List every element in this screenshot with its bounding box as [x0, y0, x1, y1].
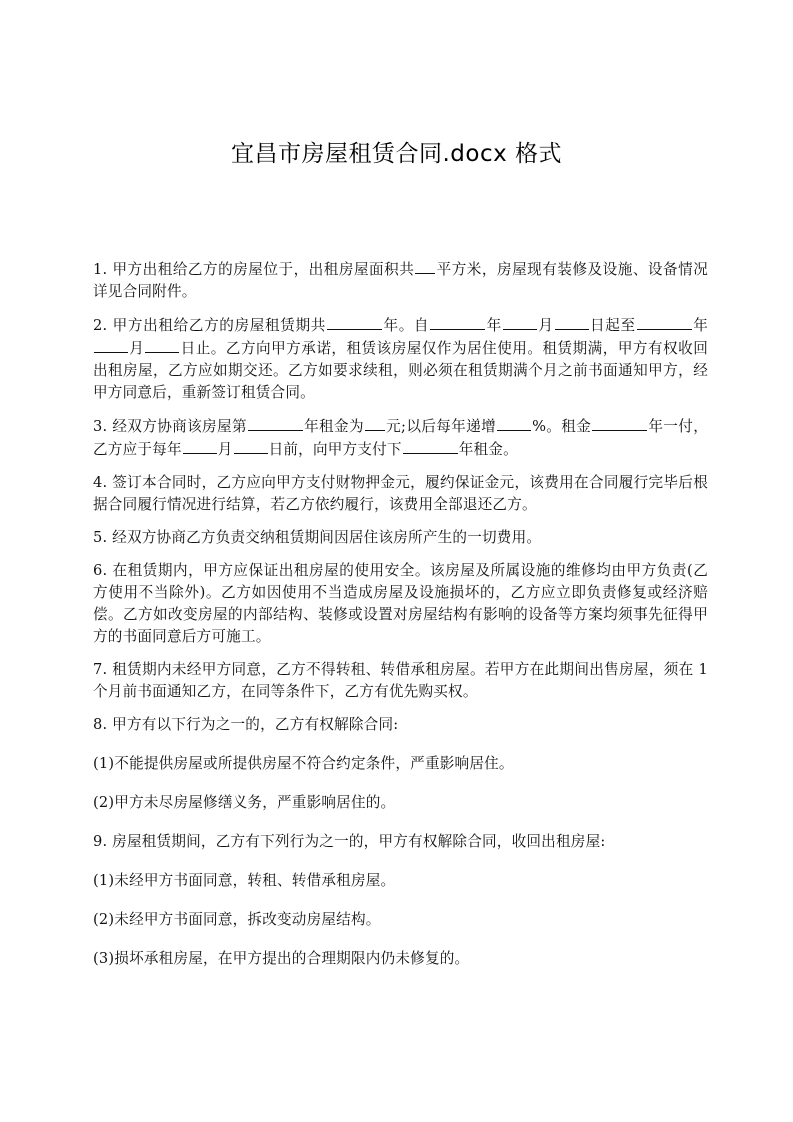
- clause-4: 4. 签订本合同时，乙方应向甲方支付财物押金元，履约保证金元，该费用在合同履行完…: [93, 472, 708, 516]
- document-title: 宜昌市房屋租赁合同.docx 格式: [0, 139, 793, 169]
- clause-6: 6. 在租赁期内，甲方应保证出租房屋的使用安全。该房屋及所属设施的维修均由甲方负…: [93, 560, 708, 648]
- clause-text: 日止。乙方向甲方承诺，租赁该房屋仅作为居住使用。租赁期满，甲方有权收回出租房屋，…: [93, 340, 708, 401]
- blank-field-start-month[interactable]: [503, 314, 537, 330]
- blank-field-pay-month[interactable]: [183, 438, 217, 454]
- clause-9-item-2: (2)未经甲方书面同意，拆改变动房屋结构。: [93, 909, 708, 931]
- clause-9: 9. 房屋租赁期间，乙方有下列行为之一的，甲方有权解除合同，收回出租房屋:: [93, 831, 708, 853]
- clause-text: 3. 经双方协商该房屋第: [93, 418, 247, 435]
- blank-field-end-year[interactable]: [637, 314, 692, 330]
- clause-text: 2. 甲方出租给乙方的房屋租赁期共: [93, 317, 326, 334]
- clause-text: 月: [538, 317, 554, 334]
- clause-8-item-2: (2)甲方未尽房屋修缮义务，严重影响居住的。: [93, 792, 708, 814]
- clause-text: 月: [129, 340, 144, 357]
- clause-text: 1. 甲方出租给乙方的房屋位于，出租房屋面积共: [93, 261, 414, 278]
- clause-text: 月: [218, 441, 233, 458]
- blank-field-end-day[interactable]: [145, 337, 179, 353]
- document-page: 宜昌市房屋租赁合同.docx 格式 1. 甲方出租给乙方的房屋位于，出租房屋面积…: [0, 0, 793, 1122]
- clause-7: 7. 租赁期内未经甲方同意，乙方不得转租、转借承租房屋。若甲方在此期间出售房屋，…: [93, 659, 708, 703]
- clause-2: 2. 甲方出租给乙方的房屋租赁期共年。自年月日起至年月日止。乙方向甲方承诺，租赁…: [93, 314, 708, 404]
- blank-field-area[interactable]: [415, 258, 435, 274]
- document-body: 1. 甲方出租给乙方的房屋位于，出租房屋面积共平方米，房屋现有装修及设施、设备情…: [93, 258, 708, 987]
- blank-field-term-years[interactable]: [327, 314, 382, 330]
- clause-text: 年。自: [383, 317, 429, 334]
- clause-5: 5. 经双方协商乙方负责交纳租赁期间因居住该房所产生的一切费用。: [93, 527, 708, 549]
- blank-field-rent-year[interactable]: [248, 415, 303, 431]
- blank-field-start-year[interactable]: [430, 314, 485, 330]
- clause-3: 3. 经双方协商该房屋第年租金为元;以后每年递增%。租金年一付，乙方应于每年月日…: [93, 415, 708, 461]
- clause-9-item-1: (1)未经甲方书面同意，转租、转借承租房屋。: [93, 870, 708, 892]
- blank-field-increase-percent[interactable]: [497, 415, 531, 431]
- blank-field-start-day[interactable]: [555, 314, 589, 330]
- clause-8: 8. 甲方有以下行为之一的，乙方有权解除合同:: [93, 714, 708, 736]
- clause-9-item-3: (3)损坏承租房屋，在甲方提出的合理期限内仍未修复的。: [93, 948, 708, 970]
- clause-text: 年租金为: [304, 418, 364, 435]
- clause-text: 年租金。: [459, 441, 518, 458]
- blank-field-payment-cycle[interactable]: [592, 415, 647, 431]
- clause-8-item-1: (1)不能提供房屋或所提供房屋不符合约定条件，严重影响居住。: [93, 753, 708, 775]
- clause-1: 1. 甲方出租给乙方的房屋位于，出租房屋面积共平方米，房屋现有装修及设施、设备情…: [93, 258, 708, 303]
- clause-text: 日前，向甲方支付下: [269, 441, 402, 458]
- blank-field-end-month[interactable]: [94, 337, 128, 353]
- blank-field-rent-amount[interactable]: [365, 415, 385, 431]
- clause-text: 年: [693, 317, 708, 334]
- clause-text: %。租金: [532, 418, 591, 435]
- clause-text: 年: [486, 317, 502, 334]
- blank-field-pay-day[interactable]: [234, 438, 268, 454]
- clause-text: 元;以后每年递增: [386, 418, 496, 435]
- clause-text: 日起至: [590, 317, 636, 334]
- blank-field-next-years[interactable]: [403, 438, 458, 454]
